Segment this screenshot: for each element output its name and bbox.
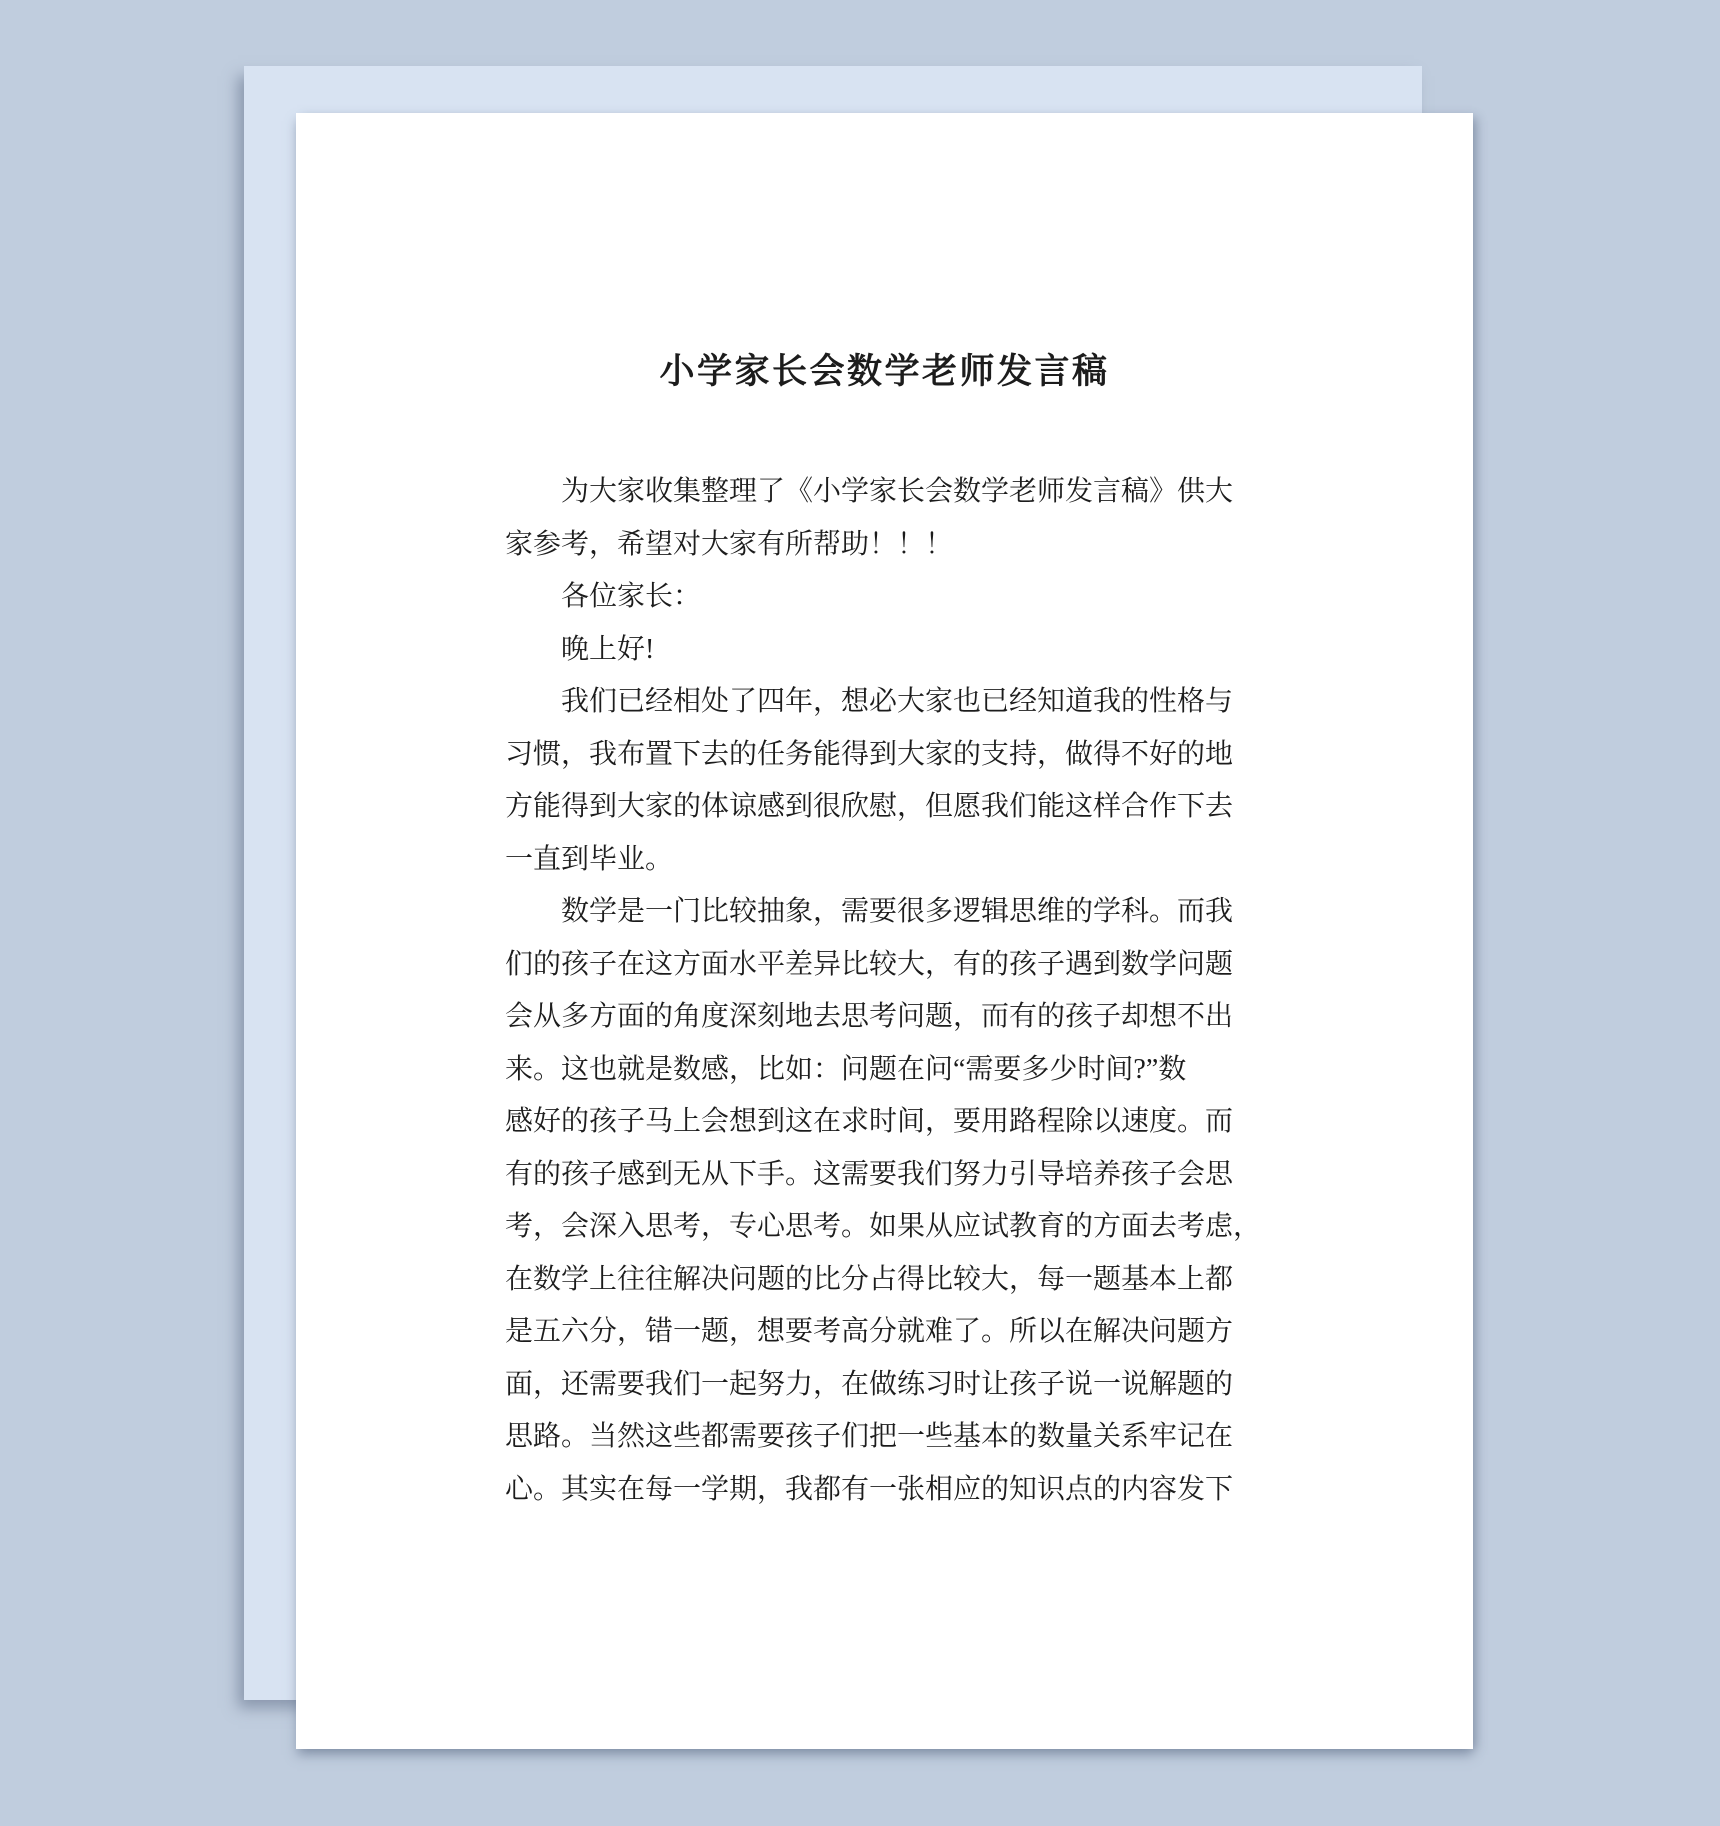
- document-paragraph: 为大家收集整理了《小学家长会数学老师发言稿》供大 家参考，希望对大家有所帮助！！…: [505, 466, 1235, 571]
- document-body: 为大家收集整理了《小学家长会数学老师发言稿》供大 家参考，希望对大家有所帮助！！…: [505, 466, 1235, 1516]
- document-paragraph: 各位家长：: [505, 571, 1235, 624]
- document-paragraph: 我们已经相处了四年，想必大家也已经知道我的性格与 习惯，我布置下去的任务能得到大…: [505, 676, 1235, 886]
- document-page: 小学家长会数学老师发言稿 为大家收集整理了《小学家长会数学老师发言稿》供大 家参…: [296, 113, 1473, 1749]
- document-paragraph: 数学是一门比较抽象，需要很多逻辑思维的学科。而我 们的孩子在这方面水平差异比较大…: [505, 886, 1235, 1516]
- document-title: 小学家长会数学老师发言稿: [296, 351, 1473, 393]
- document-paragraph: 晚上好!: [505, 624, 1235, 677]
